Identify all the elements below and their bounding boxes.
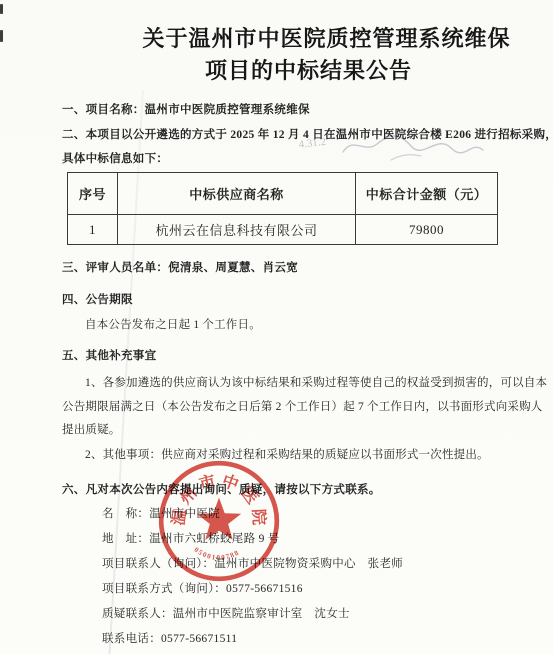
document-body: 关于温州市中医院质控管理系统维保 项目的中标结果公告 一、项目名称：温州市中医院…	[0, 0, 553, 654]
cell-serial-no: 1	[68, 215, 118, 245]
section-2-procurement-line-2: 具体中标信息如下：	[62, 150, 515, 168]
contact-project-person: 项目联系人（询问）：温州市中医院物资采购中心 张老师	[102, 552, 515, 577]
section-4-body: 自本公告发布之日起 1 个工作日。	[62, 316, 515, 334]
section-3-reviewers: 三、评审人员名单：倪清泉、周夏慧、肖云宽	[62, 259, 515, 277]
cell-supplier-name: 杭州云在信息科技有限公司	[118, 215, 356, 245]
paragraph-line: 公告期限届满之日（本公告发布之日后第 2 个工作日）起 7 个工作日内，以书面形…	[62, 396, 515, 420]
section-2-procurement-line-1: 二、本项目以公开遴选的方式于 2025 年 12 月 4 日在温州市中医院综合楼…	[62, 126, 515, 144]
paragraph-line: 提出质疑。	[62, 419, 515, 443]
table-header-total-amount: 中标合计金额（元）	[356, 173, 498, 215]
table-header-serial-no: 序号	[68, 173, 118, 215]
section-5-item-1: 1、各参加遴选的供应商认为该中标结果和采购过程等使自己的权益受到损害的，可以自本…	[62, 372, 515, 443]
contact-project-phone: 项目联系方式（询问）：0577-56671516	[102, 577, 515, 602]
table-header-supplier-name: 中标供应商名称	[118, 173, 356, 215]
title-line-1: 关于温州市中医院质控管理系统维保	[100, 23, 553, 55]
contact-challenge-person: 质疑联系人：温州市中医院监察审计室 沈女士	[102, 602, 515, 627]
section-5-heading: 五、其他补充事宜	[62, 347, 515, 365]
section-1-project-name: 一、项目名称：温州市中医院质控管理系统维保	[62, 101, 515, 119]
contact-address: 地 址：温州市六虹桥蛟尾路 9 号	[102, 527, 515, 552]
document-page: 4.31.2 关于温州市中医院质控管理系统维保 项目的中标结果公告 一、项目名称…	[0, 0, 553, 654]
contact-name: 名 称：温州市中医院	[102, 502, 515, 527]
contact-block: 名 称：温州市中医院 地 址：温州市六虹桥蛟尾路 9 号 项目联系人（询问）：温…	[62, 502, 515, 652]
section-5-item-2: 2、其他事项：供应商对采购过程和采购结果的质疑应以书面形式一次性提出。	[62, 444, 515, 468]
title-line-2: 项目的中标结果公告	[82, 55, 535, 87]
contact-phone: 联系电话：0577-56671511	[102, 627, 515, 652]
document-title: 关于温州市中医院质控管理系统维保 项目的中标结果公告	[62, 23, 515, 87]
paragraph-line: 1、各参加遴选的供应商认为该中标结果和采购过程等使自己的权益受到损害的，可以自本	[62, 372, 515, 396]
table-row: 1 杭州云在信息科技有限公司 79800	[68, 215, 498, 245]
cell-total-amount: 79800	[356, 215, 498, 245]
section-4-heading: 四、公告期限	[62, 291, 515, 309]
bid-result-table: 序号 中标供应商名称 中标合计金额（元） 1 杭州云在信息科技有限公司 7980…	[67, 172, 498, 245]
table-header-row: 序号 中标供应商名称 中标合计金额（元）	[68, 173, 498, 215]
section-6-heading: 六、凡对本次公告内容提出询问、质疑，请按以下方式联系。	[62, 481, 515, 499]
